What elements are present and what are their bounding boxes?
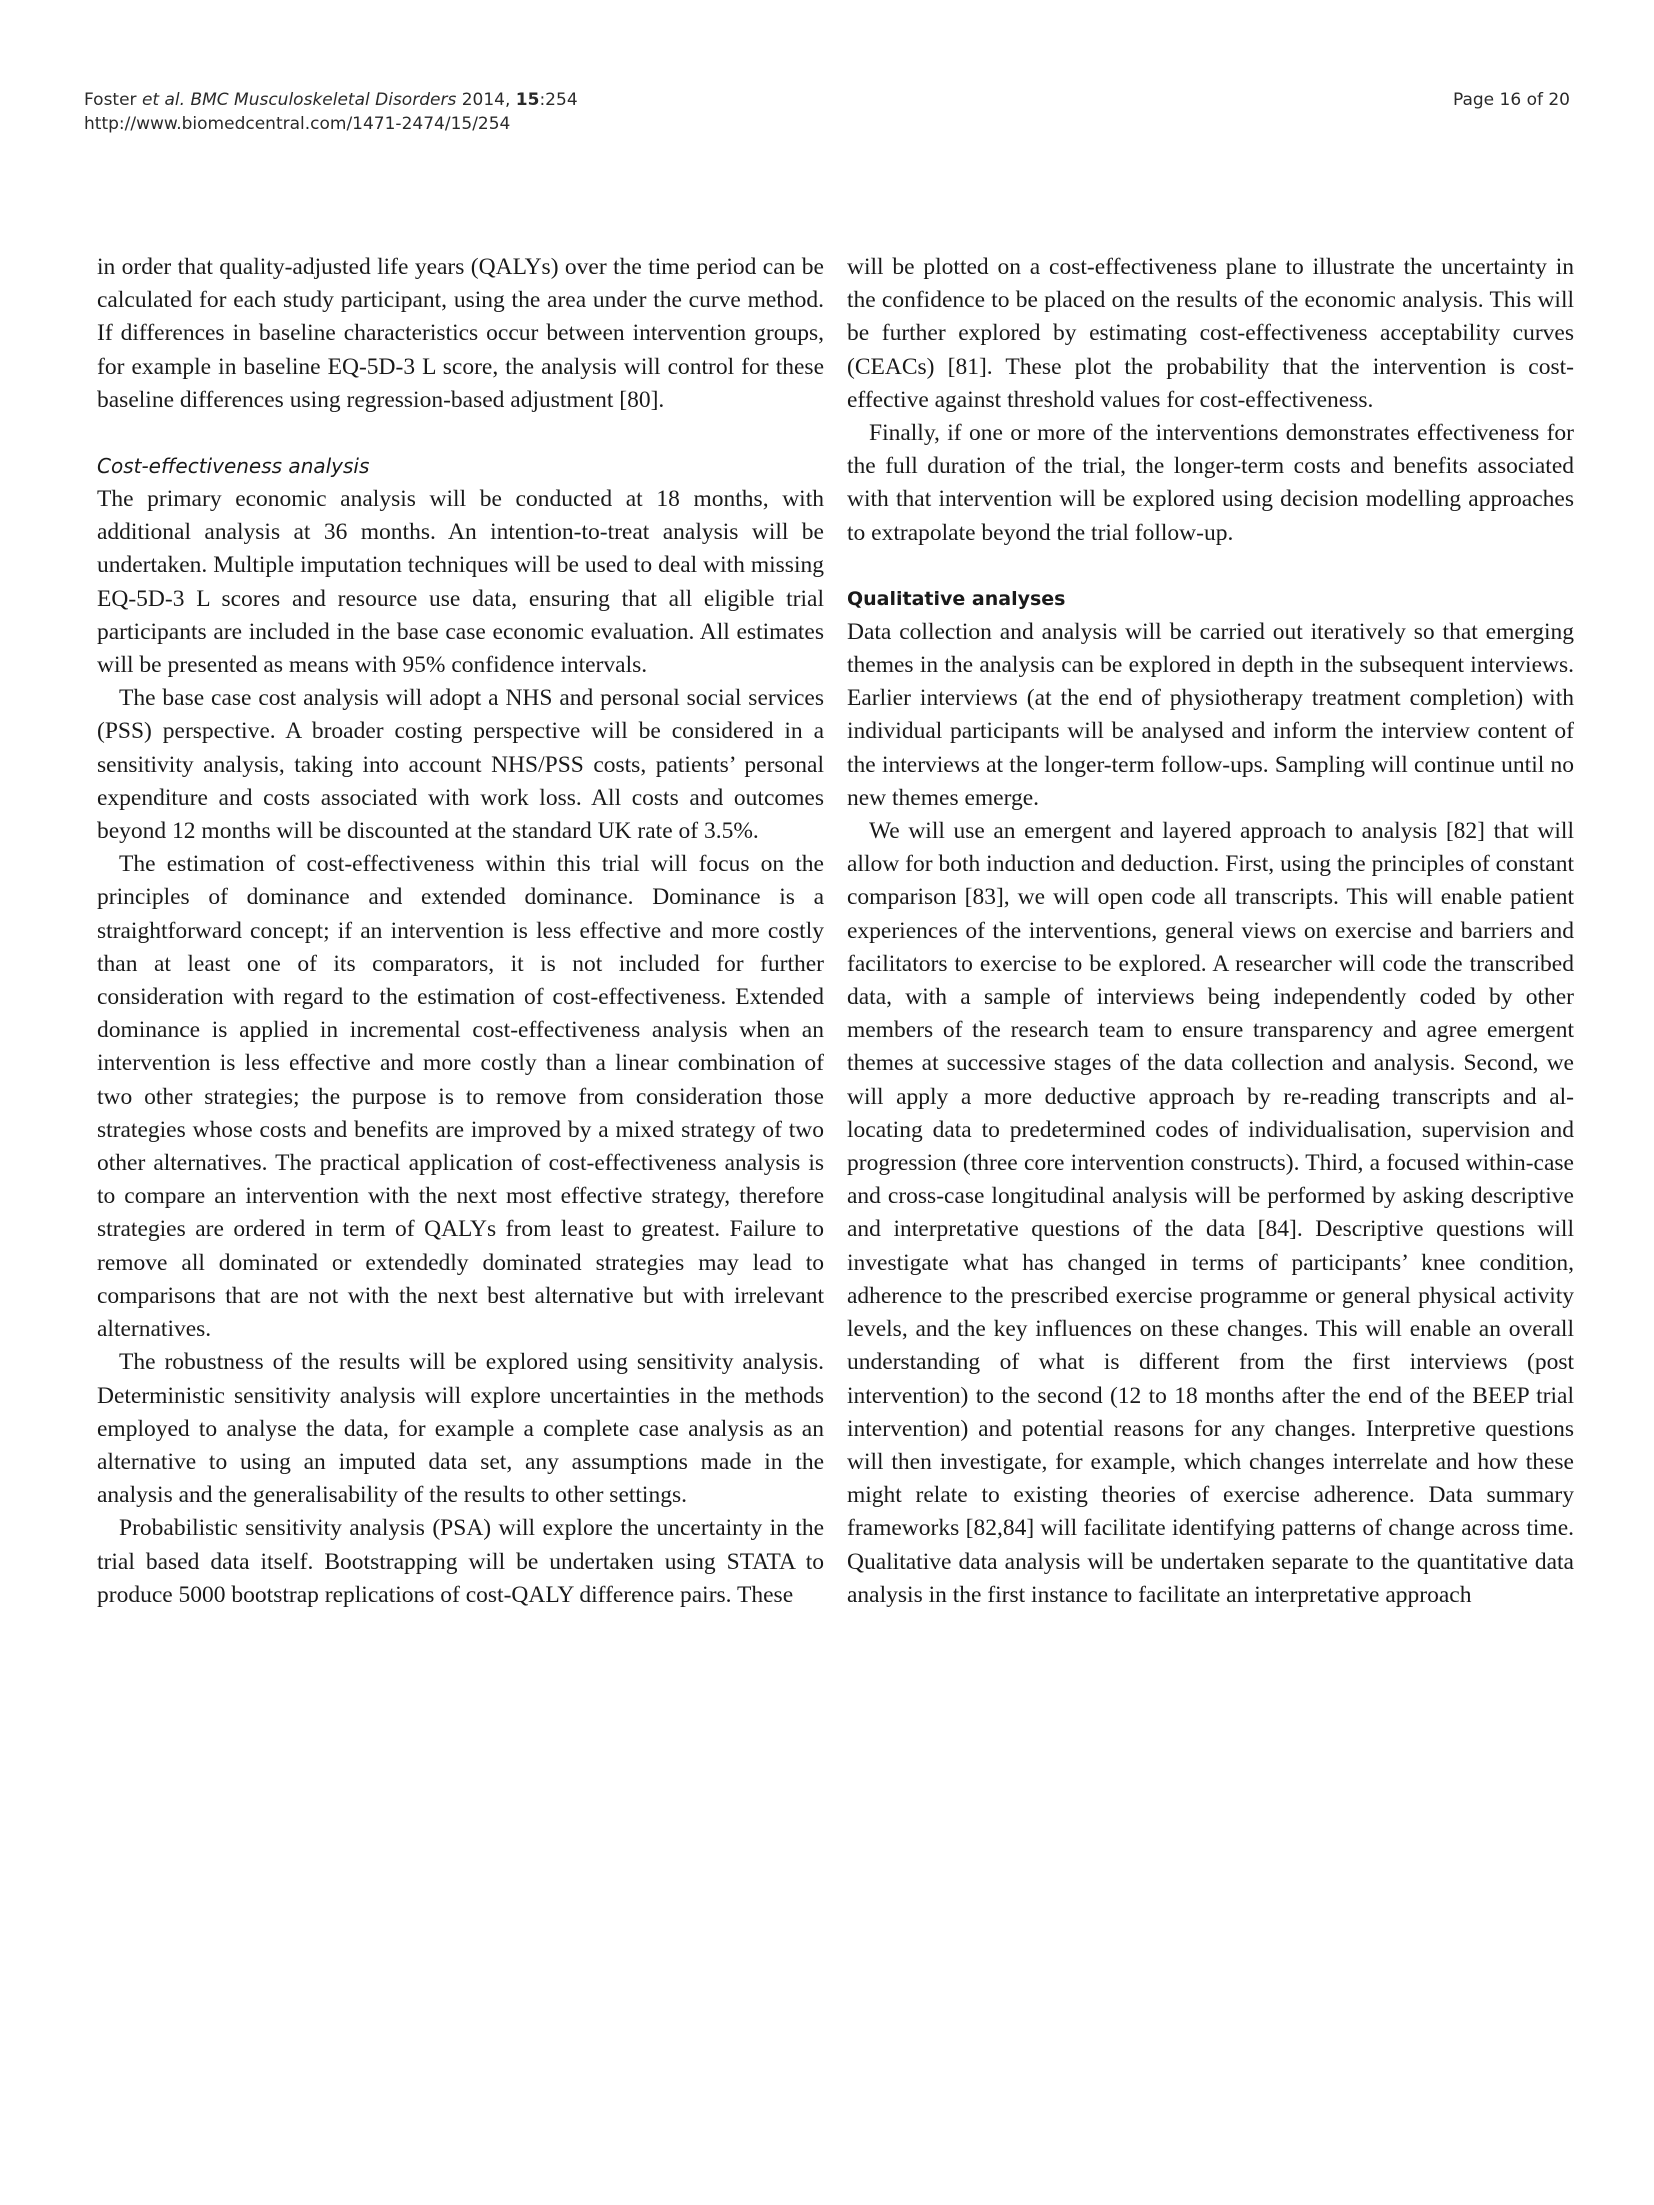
citation-block: Foster et al. BMC Musculoskeletal Disord… xyxy=(84,88,578,136)
section-heading-qualitative: Qualitative analyses xyxy=(847,583,1574,616)
page-number: Page 16 of 20 xyxy=(1453,88,1570,112)
paragraph: Data collection and analysis will be car… xyxy=(847,616,1574,815)
citation-line: Foster et al. BMC Musculoskeletal Disord… xyxy=(84,88,578,112)
citation-journal: BMC Musculoskeletal Disorders xyxy=(190,90,456,110)
citation-article: :254 xyxy=(539,90,577,110)
paragraph: in order that quality-adjusted life year… xyxy=(97,251,824,417)
paragraph: Probabilistic sensitivity analysis (PSA)… xyxy=(97,1512,824,1612)
citation-volume: 15 xyxy=(516,90,540,110)
article-url[interactable]: http://www.biomedcentral.com/1471-2474/1… xyxy=(84,112,578,136)
citation-authors: Foster xyxy=(84,90,137,110)
citation-etal: et al. xyxy=(142,90,185,110)
left-column: in order that quality-adjusted life year… xyxy=(97,251,824,1612)
section-heading-cost-effectiveness: Cost-effectiveness analysis xyxy=(97,450,824,483)
paragraph: will be plotted on a cost-effectiveness … xyxy=(847,251,1574,417)
right-column: will be plotted on a cost-effectiveness … xyxy=(847,251,1574,1612)
paragraph: The robustness of the results will be ex… xyxy=(97,1346,824,1512)
paragraph: The estimation of cost-effectiveness wit… xyxy=(97,848,824,1346)
citation-year: 2014, xyxy=(462,90,511,110)
paragraph: The primary economic analysis will be co… xyxy=(97,483,824,682)
paragraph: The base case cost analysis will adopt a… xyxy=(97,682,824,848)
paragraph: We will use an emergent and layered appr… xyxy=(847,815,1574,1612)
paragraph: Finally, if one or more of the intervent… xyxy=(847,417,1574,550)
